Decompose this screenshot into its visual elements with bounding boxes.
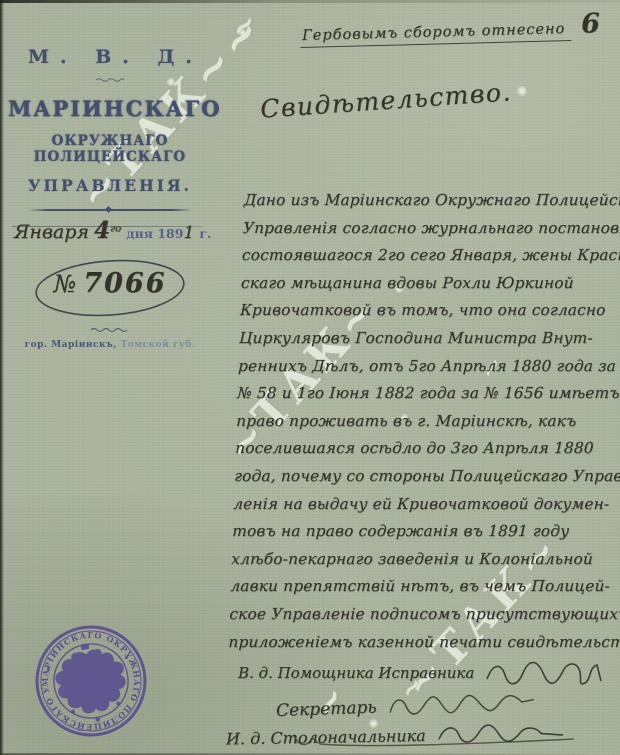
document-scan: ~ТАК~~ ~ТАК~ ~ТАК~ ~ ~ ~ ~ Гербовымъ сбо…: [0, 0, 620, 755]
police-seal: МАРІИНСКАГО ОКРУЖНАГО ПОЛИЦЕЙСКАГО УПРАВ…: [14, 605, 169, 755]
letterhead-rule: [28, 207, 192, 212]
body-line: товъ на право содержанія въ 1891 году: [232, 522, 617, 550]
signature-secretary-label: Секретарь: [276, 698, 377, 721]
number-sign: №: [54, 270, 79, 298]
ornament-squiggle-icon: [95, 77, 125, 83]
scan-edge-top: [0, 0, 620, 3]
letterhead-org-line3: УПРАВЛЕНІЯ.: [8, 176, 212, 195]
signature-flourish-icon: [485, 659, 605, 689]
body-line: хлѣбо-пекарнаго заведенія и Колоніальной: [231, 550, 616, 578]
stamp-duty-note-text: Гербовымъ сборомъ отнесено: [300, 21, 572, 48]
body-line: ленія на выдачу ей Кривочатковой докумен…: [233, 495, 618, 523]
date-printed-mid: дня 189: [126, 226, 183, 241]
place-gubernia: Томской губ.: [121, 340, 196, 350]
document-body: Дано изъ Маріинскаго Окружнаго Полицейск…: [228, 191, 620, 660]
letterhead-org-line1: МАРІИНСКАГО: [8, 96, 212, 121]
date-day: 4: [94, 217, 110, 244]
scan-edge-left: [0, 0, 4, 755]
body-line: Кривочатковой въ томъ, что она согласно: [239, 301, 620, 329]
letterhead-place: гор. Маріинскъ, Томской губ.: [8, 340, 212, 350]
body-line: поселившаяся осѣдло до 3го Апрѣля 1880: [235, 439, 620, 467]
body-line: года, почему со стороны Полицейскаго Упр…: [234, 467, 619, 495]
body-line: право проживать въ г. Маріинскѣ, какъ: [236, 412, 620, 440]
date-printed-end: г.: [199, 226, 211, 241]
signature-official: В. д. Помощника Исправника: [238, 659, 605, 689]
watermark-tilde-1: ~: [223, 5, 265, 48]
stamp-duty-note: Гербовымъ сборомъ отнесено6: [300, 8, 611, 47]
body-line: состоявшагося 2го сего Января, жены Крас…: [241, 246, 620, 274]
body-line: реннихъ Дѣлъ, отъ 5го Апрѣля 1880 года з…: [237, 357, 620, 385]
body-line: Циркуляровъ Господина Министра Внут-: [238, 329, 620, 357]
signature-long-flourish-icon: [290, 730, 580, 752]
body-line: Управленія согласно журнальнаго постанов…: [242, 219, 620, 247]
paper-speck: [239, 29, 246, 36]
letterhead-mvd: М. В. Д.: [8, 46, 212, 68]
date-line: Января 4го дня 1891 г.: [8, 217, 212, 244]
letterhead-org-line2: ОКРУЖНАГО ПОЛИЦЕЙСКАГО: [8, 133, 212, 165]
body-line: ское Управленіе подписомъ присутствующих…: [229, 605, 614, 633]
number-value: 7066: [83, 268, 166, 299]
ornament-wave-icon: [90, 326, 130, 333]
stamp-duty-note-number: 6: [581, 8, 601, 39]
signature-official-label: В. д. Помощника Исправника: [238, 664, 474, 682]
paper-speck: [517, 86, 527, 96]
body-line: № 58 и 1го Іюня 1882 года за № 1656 имѣе…: [236, 384, 620, 412]
body-line: приложеніемъ казенной печати свидѣтельст…: [228, 633, 613, 661]
date-month: Января: [14, 221, 89, 243]
document-title: Свидѣтельство.: [259, 77, 512, 124]
letterhead: М. В. Д. МАРІИНСКАГО ОКРУЖНАГО ПОЛИЦЕЙСК…: [8, 46, 212, 350]
signature-flourish-icon: [388, 689, 539, 720]
body-line: лавки препятствій нѣтъ, въ чемъ Полицей-: [230, 577, 615, 605]
signature-secretary: Секретарь: [276, 689, 539, 724]
document-number: № 7066: [8, 258, 212, 318]
body-line: Дано изъ Маріинскаго Окружнаго Полицейск…: [243, 191, 620, 219]
date-underline: [12, 226, 202, 227]
place-city: гор. Маріинскъ,: [25, 340, 117, 350]
body-line: скаго мѣщанина вдовы Рохли Юркиной: [240, 274, 620, 302]
